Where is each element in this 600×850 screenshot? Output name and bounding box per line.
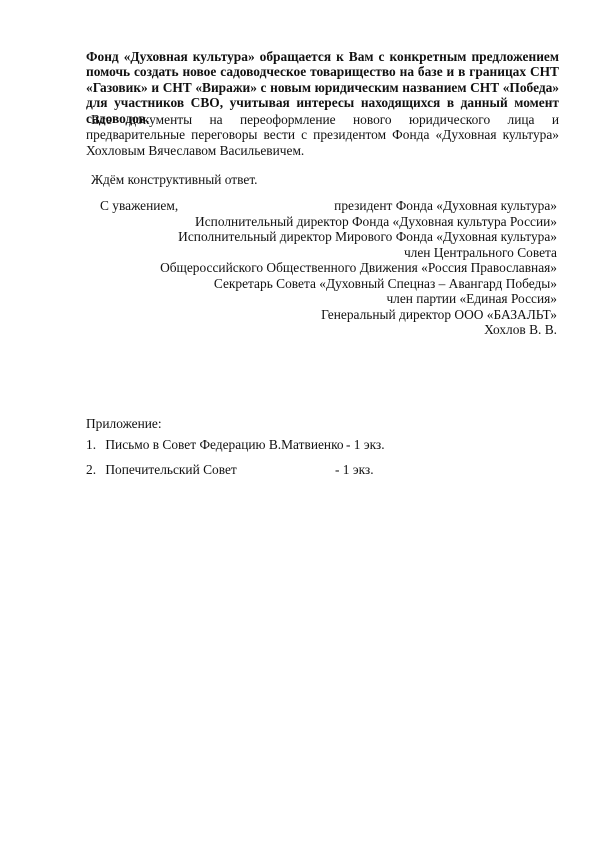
appendix-item-qty: - 1 экз. — [335, 462, 374, 478]
signature-block: президент Фонда «Духовная культура» Испо… — [160, 198, 557, 338]
appendix-item-text: Попечительский Совет — [105, 462, 236, 477]
signature-line: Исполнительный директор Фонда «Духовная … — [160, 214, 557, 230]
signature-line: член партии «Единая Россия» — [160, 291, 557, 307]
appendix-item-number: 2. — [86, 462, 102, 478]
signature-line: член Центрального Совета — [160, 245, 557, 261]
appendix-item: 1. Письмо в Совет Федерацию В.Матвиенко … — [86, 437, 344, 453]
signature-line: Секретарь Совета «Духовный Спецназ – Ава… — [160, 276, 557, 292]
signature-line: Общероссийского Общественного Движения «… — [160, 260, 557, 276]
signature-line: Исполнительный директор Мирового Фонда «… — [160, 229, 557, 245]
signature-line: президент Фонда «Духовная культура» — [160, 198, 557, 214]
appendix-item-qty: - 1 экз. — [346, 437, 385, 453]
appendix-item-number: 1. — [86, 437, 102, 453]
appendix-item: 2. Попечительский Совет - 1 экз. — [86, 462, 237, 478]
signer-name: Хохлов В. В. — [160, 322, 557, 338]
signature-line: Генеральный директор ООО «БАЗАЛЬТ» — [160, 307, 557, 323]
appendix-title: Приложение: — [86, 416, 162, 432]
awaiting-reply-text: Ждём конструктивный ответ. — [91, 172, 258, 188]
appendix-item-text: Письмо в Совет Федерацию В.Матвиенко — [105, 437, 343, 452]
documents-paragraph: Все документы на переоформление нового ю… — [86, 112, 559, 158]
